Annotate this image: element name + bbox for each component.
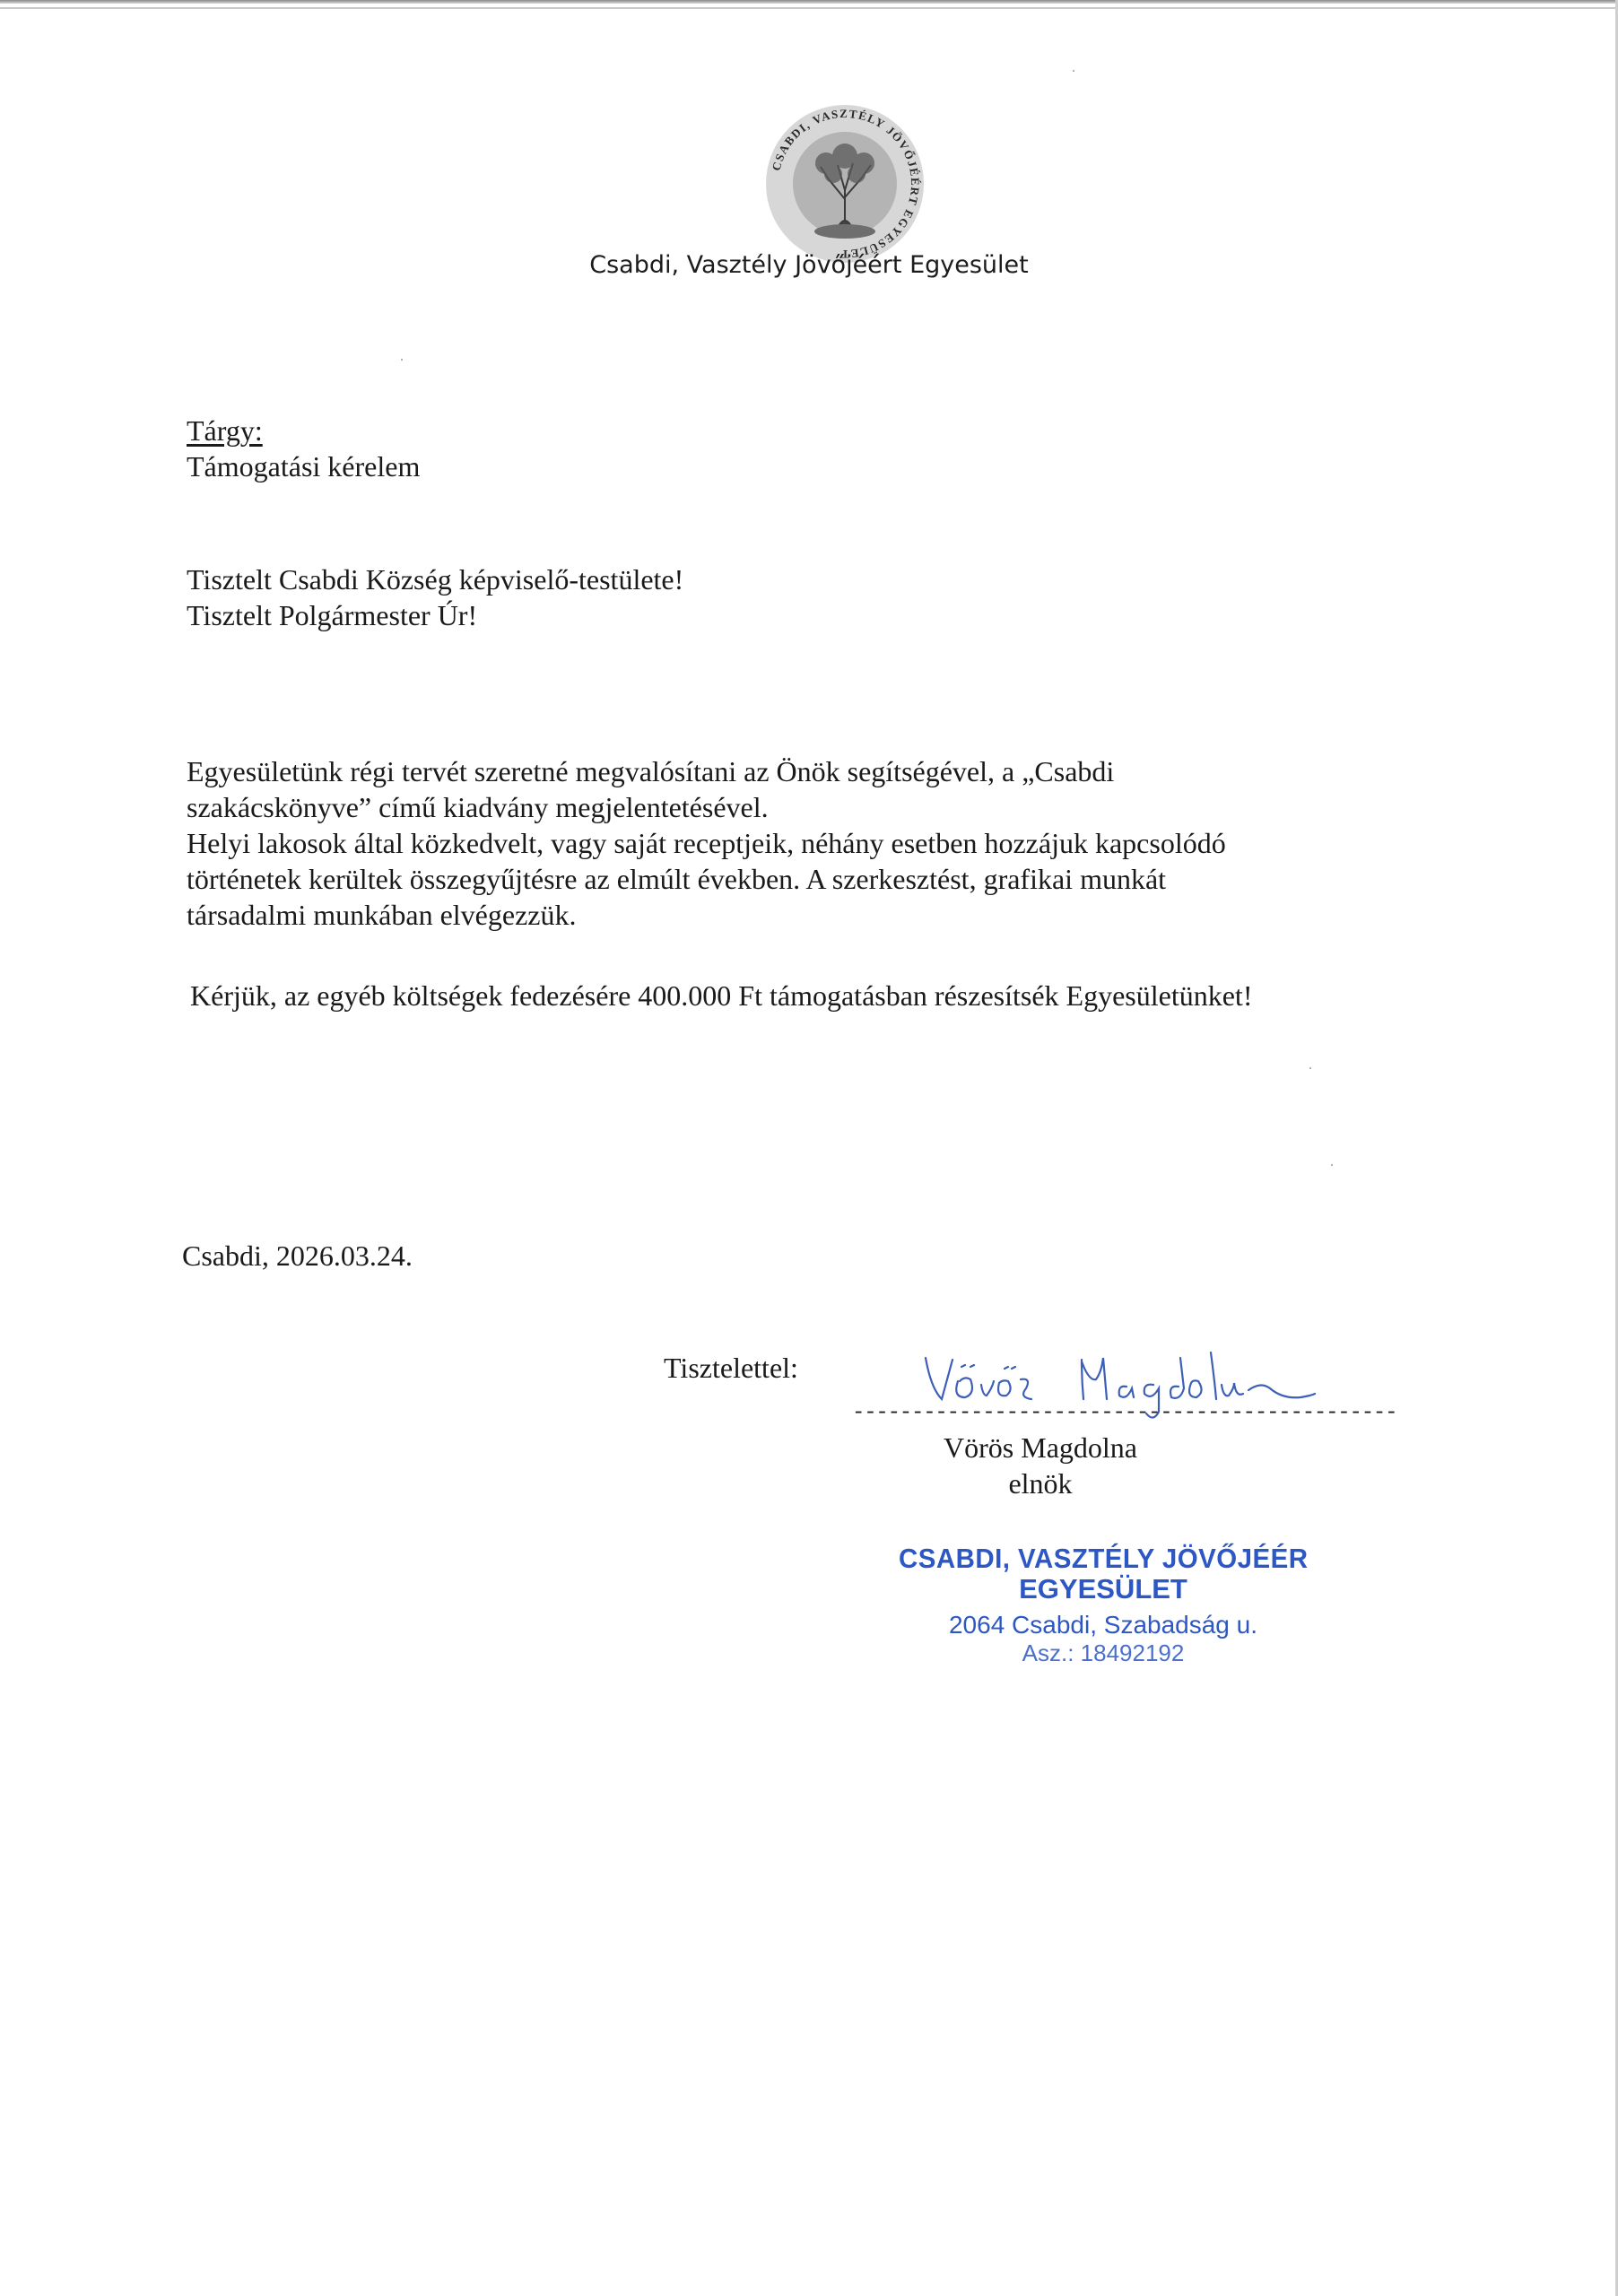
body-line: Egyesületünk régi tervét szeretné megval…: [187, 753, 1114, 789]
signer-title: elnök: [897, 1467, 1184, 1500]
subject-label: Tárgy:: [187, 413, 263, 448]
place-date: Csabdi, 2026.03.24.: [182, 1238, 413, 1274]
scan-edge-line: [0, 7, 1618, 9]
scan-speck: [401, 359, 403, 361]
scan-speck: [1309, 1067, 1311, 1069]
subject-value: Támogatási kérelem: [187, 448, 420, 484]
scan-edge-top: [0, 0, 1618, 4]
body-line: társadalmi munkában elvégezzük.: [187, 897, 576, 933]
signer-name: Vörös Magdolna: [897, 1431, 1184, 1465]
scan-speck: [1331, 1164, 1333, 1166]
scan-speck: [1073, 70, 1074, 72]
stamp-line-tax-number: Asz.: 18492192: [888, 1639, 1318, 1667]
stamp-line-address: 2064 Csabdi, Szabadság u.: [888, 1611, 1318, 1639]
body-line: történetek kerültek összegyűjtésre az el…: [187, 861, 1166, 897]
body-line: Helyi lakosok által közkedvelt, vagy saj…: [187, 825, 1226, 861]
salutation-line: Tisztelt Polgármester Úr!: [187, 597, 477, 633]
stamp-line-organization: CSABDI, VASZTÉLY JÖVŐJÉÉR: [899, 1543, 1308, 1575]
closing-label: Tisztelettel:: [664, 1352, 798, 1385]
signature-dotted-line: ----------------------------------------…: [852, 1401, 1396, 1425]
body-line: szakácskönyve” című kiadvány megjelentet…: [187, 789, 769, 825]
organization-name: Csabdi, Vasztély Jövőjéért Egyesület: [0, 251, 1618, 279]
stamp-line-type: EGYESÜLET: [888, 1573, 1318, 1605]
organization-logo: CSABDI, VASZTÉLY JÖVŐJÉÉRT EGYESÜLET: [761, 100, 928, 267]
salutation-line: Tisztelt Csabdi Község képviselő-testüle…: [187, 561, 683, 597]
support-request: Kérjük, az egyéb költségek fedezésére 40…: [190, 978, 1252, 1013]
organization-stamp: CSABDI, VASZTÉLY JÖVŐJÉÉR EGYESÜLET 2064…: [888, 1543, 1318, 1667]
